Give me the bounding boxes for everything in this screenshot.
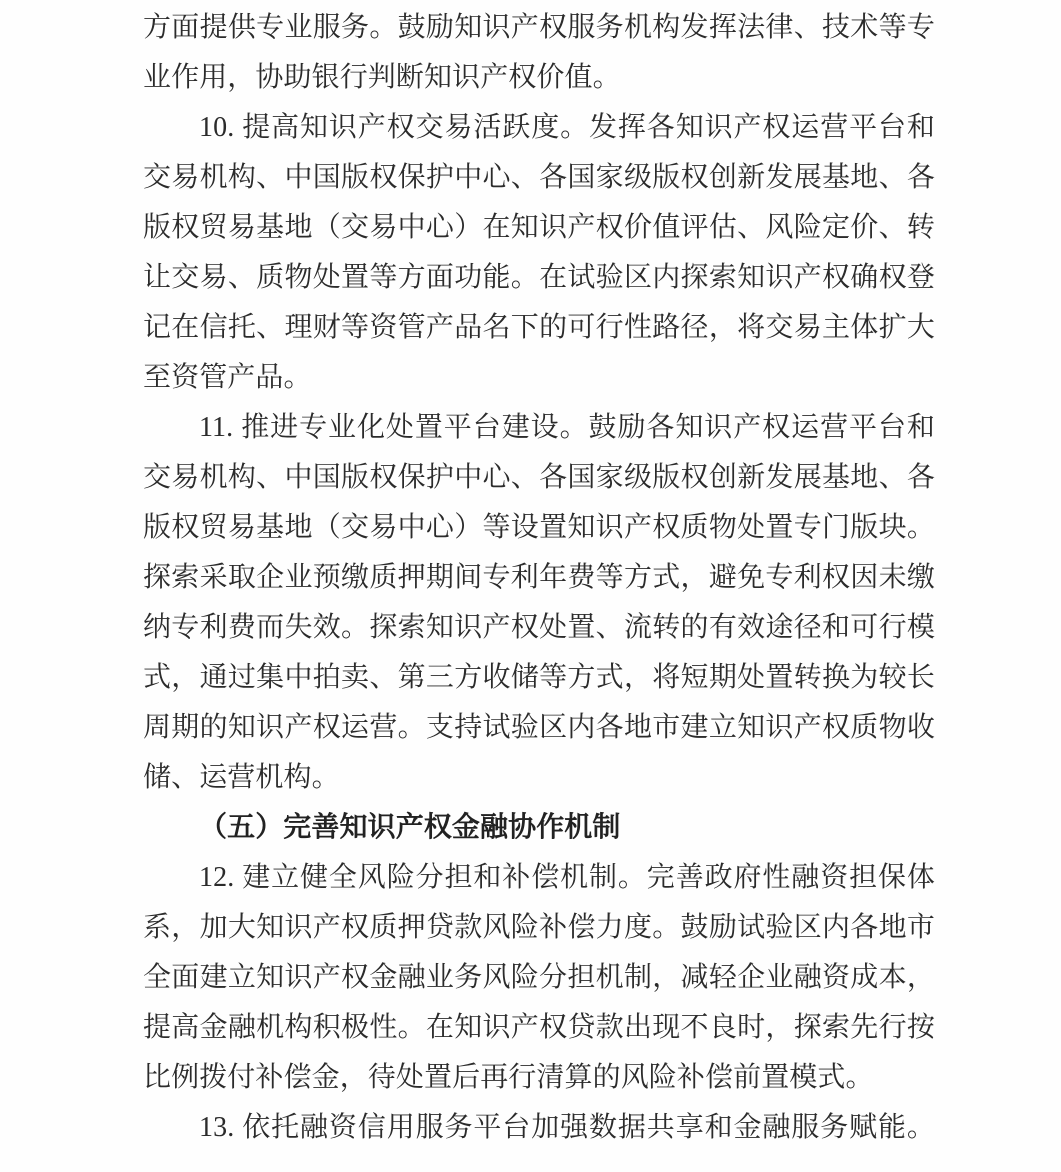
text-line: 交易机构、中国版权保护中心、各国家级版权创新发展基地、各 [143,153,935,203]
text-line: 记在信托、理财等资管产品名下的可行性路径，将交易主体扩大 [143,303,935,353]
text-line: 版权贸易基地（交易中心）在知识产权价值评估、风险定价、转 [143,203,935,253]
text-line: 全面建立知识产权金融业务风险分担机制，减轻企业融资成本， [143,953,935,1003]
text-line: 业作用，协助银行判断知识产权价值。 [143,53,935,103]
text-line: 让交易、质物处置等方面功能。在试验区内探索知识产权确权登 [143,253,935,303]
text-line: 13. 依托融资信用服务平台加强数据共享和金融服务赋能。 [143,1103,935,1153]
document-text-block: 方面提供专业服务。鼓励知识产权服务机构发挥法律、技术等专业作用，协助银行判断知识… [143,3,935,1153]
text-line: 比例拨付补偿金，待处置后再行清算的风险补偿前置模式。 [143,1053,935,1103]
text-line: 12. 建立健全风险分担和补偿机制。完善政府性融资担保体 [143,853,935,903]
text-line: 至资管产品。 [143,353,935,403]
text-line: 式，通过集中拍卖、第三方收储等方式，将短期处置转换为较长 [143,653,935,703]
text-line: 周期的知识产权运营。支持试验区内各地市建立知识产权质物收 [143,703,935,753]
text-line: 方面提供专业服务。鼓励知识产权服务机构发挥法律、技术等专 [143,3,935,53]
section-heading: （五）完善知识产权金融协作机制 [143,803,935,853]
text-line: 探索采取企业预缴质押期间专利年费等方式，避免专利权因未缴 [143,553,935,603]
text-line: 版权贸易基地（交易中心）等设置知识产权质物处置专门版块。 [143,503,935,553]
text-line: 10. 提高知识产权交易活跃度。发挥各知识产权运营平台和 [143,103,935,153]
document-page: 方面提供专业服务。鼓励知识产权服务机构发挥法律、技术等专业作用，协助银行判断知识… [0,0,1061,1172]
text-line: 储、运营机构。 [143,753,935,803]
text-line: 提高金融机构积极性。在知识产权贷款出现不良时，探索先行按 [143,1003,935,1053]
text-line: 11. 推进专业化处置平台建设。鼓励各知识产权运营平台和 [143,403,935,453]
text-line: 系，加大知识产权质押贷款风险补偿力度。鼓励试验区内各地市 [143,903,935,953]
text-line: 交易机构、中国版权保护中心、各国家级版权创新发展基地、各 [143,453,935,503]
text-line: 纳专利费而失效。探索知识产权处置、流转的有效途径和可行模 [143,603,935,653]
